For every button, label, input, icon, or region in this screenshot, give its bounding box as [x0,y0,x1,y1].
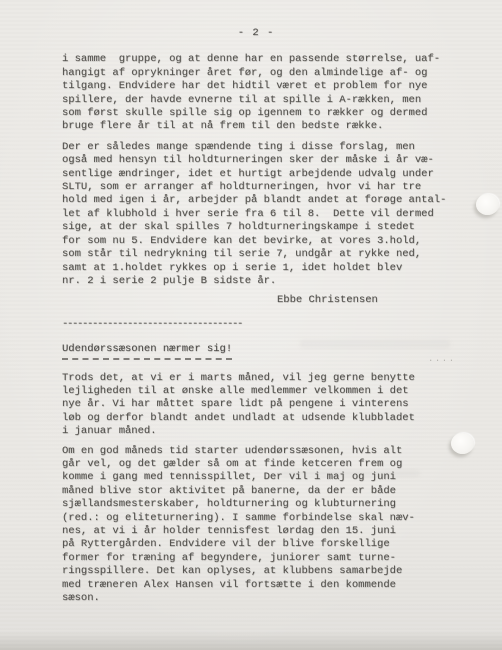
paper-smudge [300,340,450,348]
punch-hole-top [476,194,499,215]
paper-smudge [280,470,420,477]
paragraph-welcome-new-year: Trods det, at vi er i marts måned, vil j… [62,372,450,439]
paragraph-continuation-new-groups: i samme gruppe, og at denne har en passe… [62,53,450,133]
section-heading: Udendørssæsonen nærmer sig! [62,343,232,359]
scanned-page: - 2 - i samme gruppe, og at denne har en… [0,0,502,650]
page-content: - 2 - i samme gruppe, og at denne har en… [62,0,450,605]
pencil-margin-mark: .... [428,354,456,364]
dashed-separator-line: ------------------------------------ [62,318,450,331]
paragraph-outdoor-season: Om en god måneds tid starter udendørssæs… [62,445,450,606]
paragraph-holdturnering: Der er således mange spændende ting i di… [62,141,450,288]
punch-hole-bottom [451,433,474,454]
signature-ebbe-christensen: Ebbe Christensen [277,294,450,307]
page-number: - 2 - [62,27,450,40]
